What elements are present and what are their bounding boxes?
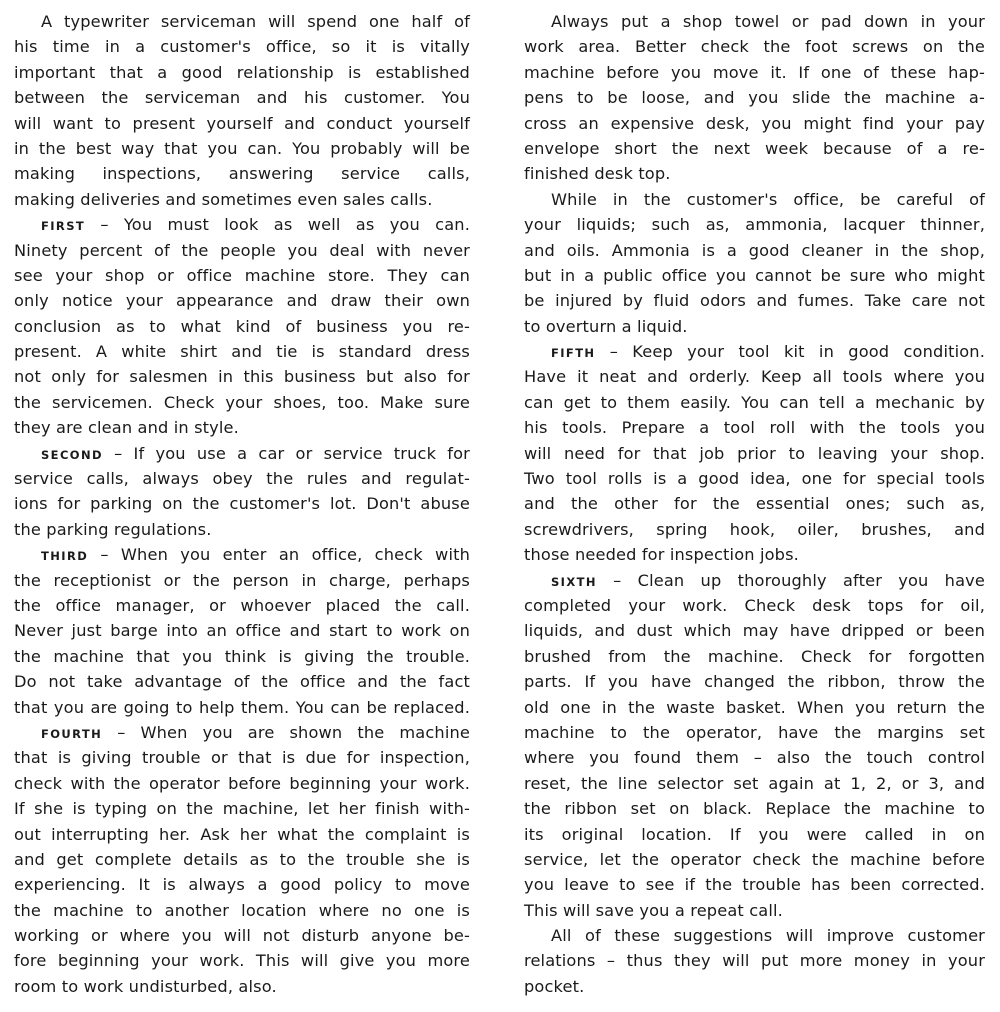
line-text: the machine to another location where no… [14,901,470,920]
line-text: but in a public office you cannot be sur… [524,266,985,285]
text-line: working or where you will not disturb an… [14,923,470,948]
text-line: Have it neat and orderly. Keep all tools… [524,364,985,389]
text-line: they are clean and in style. [14,415,470,440]
section-heading-line: FIRST – You must look as well as you can… [14,212,470,237]
line-text: will need for that job prior to leaving … [524,444,985,463]
line-text: the parking regulations. [14,520,212,539]
text-line: the ribbon set on black. Replace the mac… [524,796,985,821]
line-text: completed your work. Check desk tops for… [524,596,985,615]
line-text: the servicemen. Check your shoes, too. M… [14,393,470,412]
line-text: you leave to see if the trouble has been… [524,875,985,894]
section-label: FOURTH [41,727,102,741]
section-heading-line: FOURTH – When you are shown the machine [14,720,470,745]
section-heading-line: SIXTH – Clean up thoroughly after you ha… [524,568,985,593]
line-text: its original location. If you were calle… [524,825,985,844]
text-line: and oils. Ammonia is a good cleaner in t… [524,238,985,263]
text-line: making deliveries and sometimes even sal… [14,187,470,212]
line-text: the office manager, or whoever placed th… [14,596,470,615]
text-line: making inspections, answering service ca… [14,161,470,186]
line-text: machine to the operator, have the margin… [524,723,985,742]
line-text: reset, the line selector set again at 1,… [524,774,985,793]
line-text: and get complete details as to the troub… [14,850,470,869]
text-line: important that a good relationship is es… [14,60,470,85]
text-line: Do not take advantage of the office and … [14,669,470,694]
text-line: present. A white shirt and tie is standa… [14,339,470,364]
line-text: between the serviceman and his customer.… [14,88,470,107]
text-line: to overturn a liquid. [524,314,985,339]
line-text: fore beginning your work. This will give… [14,951,470,970]
text-line: you leave to see if the trouble has been… [524,872,985,897]
line-text: the ribbon set on black. Replace the mac… [524,799,985,818]
text-line: If she is typing on the machine, let her… [14,796,470,821]
section-heading-line: SECOND – If you use a car or service tru… [14,441,470,466]
line-text: out interrupting her. Ask her what the c… [14,825,470,844]
text-line: liquids, and dust which may have dripped… [524,618,985,643]
text-line: Two tool rolls is a good idea, one for s… [524,466,985,491]
line-text: to overturn a liquid. [524,317,688,336]
text-line: between the serviceman and his customer.… [14,85,470,110]
line-text: present. A white shirt and tie is standa… [14,342,470,361]
text-line: the parking regulations. [14,517,470,542]
text-line: Always put a shop towel or pad down in y… [524,9,985,34]
line-text: conclusion as to what kind of business y… [14,317,470,336]
line-text: in the best way that you can. You probab… [14,139,470,158]
line-text: parts. If you have changed the ribbon, t… [524,672,985,691]
line-text: that is giving trouble or that is due fo… [14,748,470,767]
text-line: experiencing. It is always a good policy… [14,872,470,897]
section-label: FIFTH [551,346,595,360]
line-text: making inspections, answering service ca… [14,164,470,183]
text-line: Ninety percent of the people you deal wi… [14,238,470,263]
line-text: liquids, and dust which may have dripped… [524,621,985,640]
text-line: that you are going to help them. You can… [14,695,470,720]
text-line: conclusion as to what kind of business y… [14,314,470,339]
line-text: his tools. Prepare a tool roll with the … [524,418,985,437]
text-line: in the best way that you can. You probab… [14,136,470,161]
line-text: A typewriter serviceman will spend one h… [41,12,470,31]
line-text: Do not take advantage of the office and … [14,672,470,691]
line-text: envelope short the next week because of … [524,139,985,158]
text-line: pens to be loose, and you slide the mach… [524,85,985,110]
line-text: making deliveries and sometimes even sal… [14,190,433,209]
line-text: pocket. [524,977,584,996]
text-line: his time in a customer's office, so it i… [14,34,470,59]
line-text: that you are going to help them. You can… [14,698,470,717]
line-text: the receptionist or the person in charge… [14,571,470,590]
line-text: – When you are shown the machine [102,723,470,742]
line-text: important that a good relationship is es… [14,63,470,82]
text-line: work area. Better check the foot screws … [524,34,985,59]
line-text: his time in a customer's office, so it i… [14,37,470,56]
line-text: and the other for the essential ones; su… [524,494,985,513]
text-line: not only for salesmen in this business b… [14,364,470,389]
section-heading-line: FIFTH – Keep your tool kit in good condi… [524,339,985,364]
line-text: – When you enter an office, check with [88,545,470,564]
text-line: will need for that job prior to leaving … [524,441,985,466]
text-line: This will save you a repeat call. [524,898,985,923]
text-line: envelope short the next week because of … [524,136,985,161]
section-label: FIRST [41,219,85,233]
line-text: check with the operator before beginning… [14,774,470,793]
text-line: service calls, always obey the rules and… [14,466,470,491]
text-line: check with the operator before beginning… [14,771,470,796]
line-text: experiencing. It is always a good policy… [14,875,470,894]
text-line: your liquids; such as, ammonia, lacquer … [524,212,985,237]
text-line: While in the customer's office, be caref… [524,187,985,212]
text-line: and the other for the essential ones; su… [524,491,985,516]
text-line: All of these suggestions will improve cu… [524,923,985,948]
text-line: the servicemen. Check your shoes, too. M… [14,390,470,415]
line-text: Ninety percent of the people you deal wi… [14,241,470,260]
text-line: that is giving trouble or that is due fo… [14,745,470,770]
line-text: those needed for inspection jobs. [524,545,799,564]
text-line: machine to the operator, have the margin… [524,720,985,745]
line-text: finished desk top. [524,164,671,183]
line-text: This will save you a repeat call. [524,901,783,920]
text-line: the machine to another location where no… [14,898,470,923]
line-text: be injured by fluid odors and fumes. Tak… [524,291,985,310]
line-text: All of these suggestions will improve cu… [551,926,985,945]
section-heading-line: THIRD – When you enter an office, check … [14,542,470,567]
text-line: the receptionist or the person in charge… [14,568,470,593]
text-line: only notice your appearance and draw the… [14,288,470,313]
line-text: your liquids; such as, ammonia, lacquer … [524,215,985,234]
text-line: see your shop or office machine store. T… [14,263,470,288]
text-line: pocket. [524,974,985,999]
line-text: service, let the operator check the mach… [524,850,985,869]
line-text: old one in the waste basket. When you re… [524,698,985,717]
text-line: his tools. Prepare a tool roll with the … [524,415,985,440]
line-text: Always put a shop towel or pad down in y… [551,12,985,31]
line-text: see your shop or office machine store. T… [14,266,470,285]
text-line: the machine that you think is giving the… [14,644,470,669]
line-text: – Keep your tool kit in good condition. [595,342,985,361]
right-column: Always put a shop towel or pad down in y… [524,9,985,999]
section-label: SECOND [41,448,103,462]
line-text: and oils. Ammonia is a good cleaner in t… [524,241,985,260]
text-line: completed your work. Check desk tops for… [524,593,985,618]
text-line: but in a public office you cannot be sur… [524,263,985,288]
text-line: A typewriter serviceman will spend one h… [14,9,470,34]
text-line: will want to present yourself and conduc… [14,111,470,136]
line-text: working or where you will not disturb an… [14,926,470,945]
line-text: machine before you move it. If one of th… [524,63,985,82]
line-text: only notice your appearance and draw the… [14,291,470,310]
line-text: work area. Better check the foot screws … [524,37,985,56]
text-line: cross an expensive desk, you might find … [524,111,985,136]
text-line: those needed for inspection jobs. [524,542,985,567]
line-text: Have it neat and orderly. Keep all tools… [524,367,985,386]
text-line: old one in the waste basket. When you re… [524,695,985,720]
text-line: its original location. If you were calle… [524,822,985,847]
text-line: room to work undisturbed, also. [14,974,470,999]
line-text: can get to them easily. You can tell a m… [524,393,985,412]
text-line: relations – thus they will put more mone… [524,948,985,973]
text-line: service, let the operator check the mach… [524,847,985,872]
line-text: Never just barge into an office and star… [14,621,470,640]
text-line: where you found them – also the touch co… [524,745,985,770]
line-text: service calls, always obey the rules and… [14,469,470,488]
line-text: – Clean up thoroughly after you have [597,571,985,590]
text-line: out interrupting her. Ask her what the c… [14,822,470,847]
line-text: screwdrivers, spring hook, oiler, brushe… [524,520,985,539]
text-line: screwdrivers, spring hook, oiler, brushe… [524,517,985,542]
line-text: pens to be loose, and you slide the mach… [524,88,985,107]
line-text: ions for parking on the customer's lot. … [14,494,470,513]
line-text: – If you use a car or service truck for [103,444,470,463]
text-line: and get complete details as to the troub… [14,847,470,872]
line-text: While in the customer's office, be caref… [551,190,985,209]
line-text: where you found them – also the touch co… [524,748,985,767]
text-line: reset, the line selector set again at 1,… [524,771,985,796]
line-text: cross an expensive desk, you might find … [524,114,985,133]
line-text: the machine that you think is giving the… [14,647,470,666]
left-column: A typewriter serviceman will spend one h… [14,9,470,999]
line-text: will want to present yourself and conduc… [14,114,470,133]
line-text: room to work undisturbed, also. [14,977,277,996]
text-line: ions for parking on the customer's lot. … [14,491,470,516]
line-text: relations – thus they will put more mone… [524,951,985,970]
section-label: SIXTH [551,575,597,589]
text-line: fore beginning your work. This will give… [14,948,470,973]
text-line: Never just barge into an office and star… [14,618,470,643]
text-line: parts. If you have changed the ribbon, t… [524,669,985,694]
line-text: – You must look as well as you can. [85,215,470,234]
line-text: If she is typing on the machine, let her… [14,799,470,818]
section-label: THIRD [41,549,88,563]
text-line: be injured by fluid odors and fumes. Tak… [524,288,985,313]
text-line: the office manager, or whoever placed th… [14,593,470,618]
line-text: not only for salesmen in this business b… [14,367,470,386]
line-text: Two tool rolls is a good idea, one for s… [524,469,985,488]
text-line: brushed from the machine. Check for forg… [524,644,985,669]
text-line: finished desk top. [524,161,985,186]
line-text: they are clean and in style. [14,418,239,437]
text-line: can get to them easily. You can tell a m… [524,390,985,415]
text-line: machine before you move it. If one of th… [524,60,985,85]
line-text: brushed from the machine. Check for forg… [524,647,985,666]
